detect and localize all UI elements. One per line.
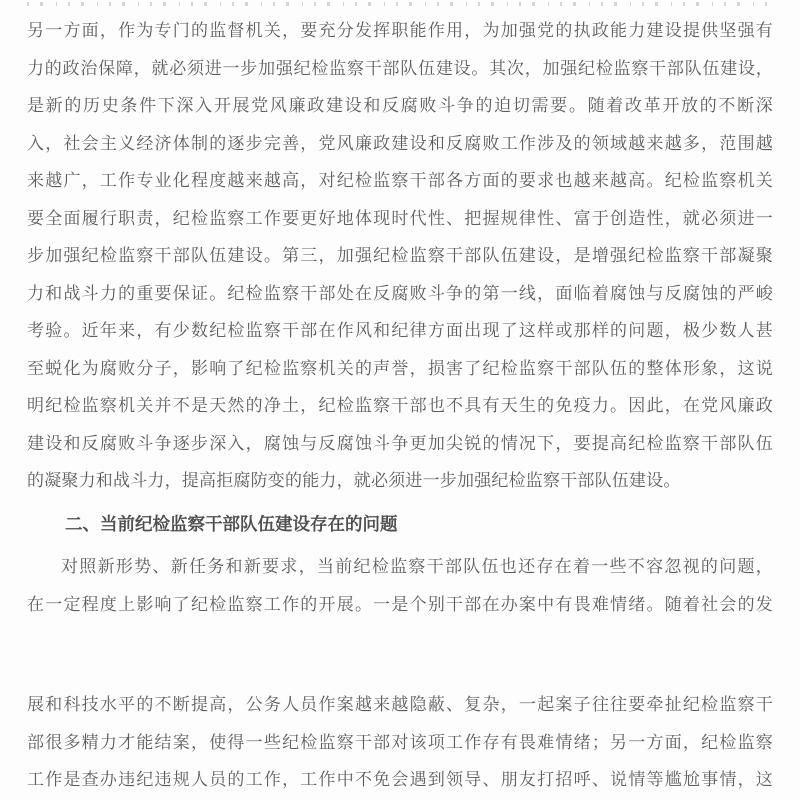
text-line: 力和战斗力的重要保证。纪检监察干部处在反腐败斗争的第一线，面临着腐蚀与反腐蚀的严… <box>27 276 773 314</box>
text-line: 对照新形势、新任务和新要求，当前纪检监察干部队伍也还存在着一些不容忽视的问题， <box>27 549 773 587</box>
section-heading: 二、当前纪检监察干部队伍建设存在的问题 <box>27 507 773 545</box>
document-page: 另一方面，作为专门的监督机关，要充分发挥职能作用，为加强党的执政能力建设提供坚强… <box>0 0 800 800</box>
paragraph-section1: 另一方面，作为专门的监督机关，要充分发挥职能作用，为加强党的执政能力建设提供坚强… <box>27 13 773 501</box>
text-line: 的凝聚力和战斗力，提高拒腐防变的能力，就必须进一步加强纪检监察干部队伍建设。 <box>27 463 773 501</box>
text-line: 部很多精力才能结案，使得一些纪检监察干部对该项工作存有畏难情绪；另一方面，纪检监… <box>27 725 773 763</box>
text-line: 工作是查办违纪违规人员的工作，工作中不免会遇到领导、朋友打招呼、说情等尴尬事情，… <box>27 762 773 800</box>
text-line: 展和科技水平的不断提高，公务人员作案越来越隐蔽、复杂，一起案子往往要牵扯纪检监察… <box>27 687 773 725</box>
clipped-previous-line <box>27 2 773 6</box>
text-line: 在一定程度上影响了纪检监察工作的开展。一是个别干部在办案中有畏难情绪。随着社会的… <box>27 587 773 625</box>
text-line: 步加强纪检监察干部队伍建设。第三，加强纪检监察干部队伍建设，是增强纪检监察干部凝… <box>27 238 773 276</box>
text-line: 入，社会主义经济体制的逐步完善，党风廉政建设和反腐败工作涉及的领域越来越多，范围… <box>27 126 773 164</box>
text-line: 是新的历史条件下深入开展党风廉政建设和反腐败斗争的迫切需要。随着改革开放的不断深 <box>27 88 773 126</box>
text-line: 建设和反腐败斗争逐步深入，腐蚀与反腐蚀斗争更加尖锐的情况下，要提高纪检监察干部队… <box>27 426 773 464</box>
text-line: 另一方面，作为专门的监督机关，要充分发挥职能作用，为加强党的执政能力建设提供坚强… <box>27 13 773 51</box>
paragraph-section2-continued: 展和科技水平的不断提高，公务人员作案越来越隐蔽、复杂，一起案子往往要牵扯纪检监察… <box>27 687 773 800</box>
text-line: 来越广，工作专业化程度越来越高，对纪检监察干部各方面的要求也越来越高。纪检监察机… <box>27 163 773 201</box>
paragraph-section2: 对照新形势、新任务和新要求，当前纪检监察干部队伍也还存在着一些不容忽视的问题， … <box>27 549 773 624</box>
text-line: 考验。近年来，有少数纪检监察干部在作风和纪律方面出现了这样或那样的问题，极少数人… <box>27 313 773 351</box>
text-line: 明纪检监察机关并不是天然的净土，纪检监察干部也不具有天生的免疫力。因此，在党风廉… <box>27 388 773 426</box>
text-line: 力的政治保障，就必须进一步加强纪检监察干部队伍建设。其次，加强纪检监察干部队伍建… <box>27 51 773 89</box>
text-line: 要全面履行职责，纪检监察工作要更好地体现时代性、把握规律性、富于创造性，就必须进… <box>27 201 773 239</box>
text-line: 至蜕化为腐败分子，影响了纪检监察机关的声誉，损害了纪检监察干部队伍的整体形象，这… <box>27 351 773 389</box>
